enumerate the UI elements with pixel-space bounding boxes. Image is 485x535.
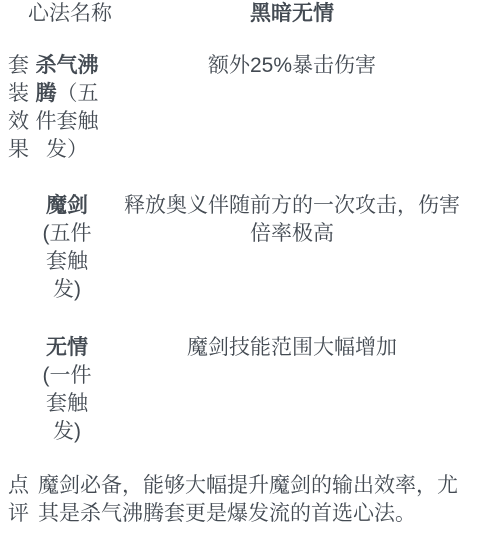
comment-label: 点评 bbox=[8, 472, 30, 528]
heart-method-info-table: 心法名称 黑暗无情 套装效果 杀气沸腾（五件套触发） 额外25%暴击伤害 魔剑(… bbox=[0, 0, 485, 535]
set-effect-label: 套装效果 bbox=[8, 52, 30, 164]
comment-text: 魔剑必备，能够大幅提升魔剑的输出效率，尤其是杀气沸腾套更是爆发流的首选心法。 bbox=[38, 472, 470, 528]
effect-2-name-cell: 魔剑(五件套触发) bbox=[33, 192, 101, 304]
effect-3-description: 魔剑技能范围大幅增加 bbox=[99, 334, 485, 362]
heart-method-name-value: 黑暗无情 bbox=[99, 0, 485, 28]
effect-2-description: 释放奥义伴随前方的一次攻击，伤害倍率极高 bbox=[99, 192, 485, 248]
effect-1-name-cell: 杀气沸腾（五件套触发） bbox=[33, 52, 101, 164]
effect-2-name: 魔剑 bbox=[46, 194, 88, 217]
effect-2-trigger: (五件套触发) bbox=[43, 222, 92, 301]
effect-3-name: 无情 bbox=[46, 336, 88, 359]
effect-1-description: 额外25%暴击伤害 bbox=[99, 52, 485, 80]
effect-3-trigger: (一件套触发) bbox=[43, 364, 92, 443]
effect-3-name-cell: 无情(一件套触发) bbox=[33, 334, 101, 446]
